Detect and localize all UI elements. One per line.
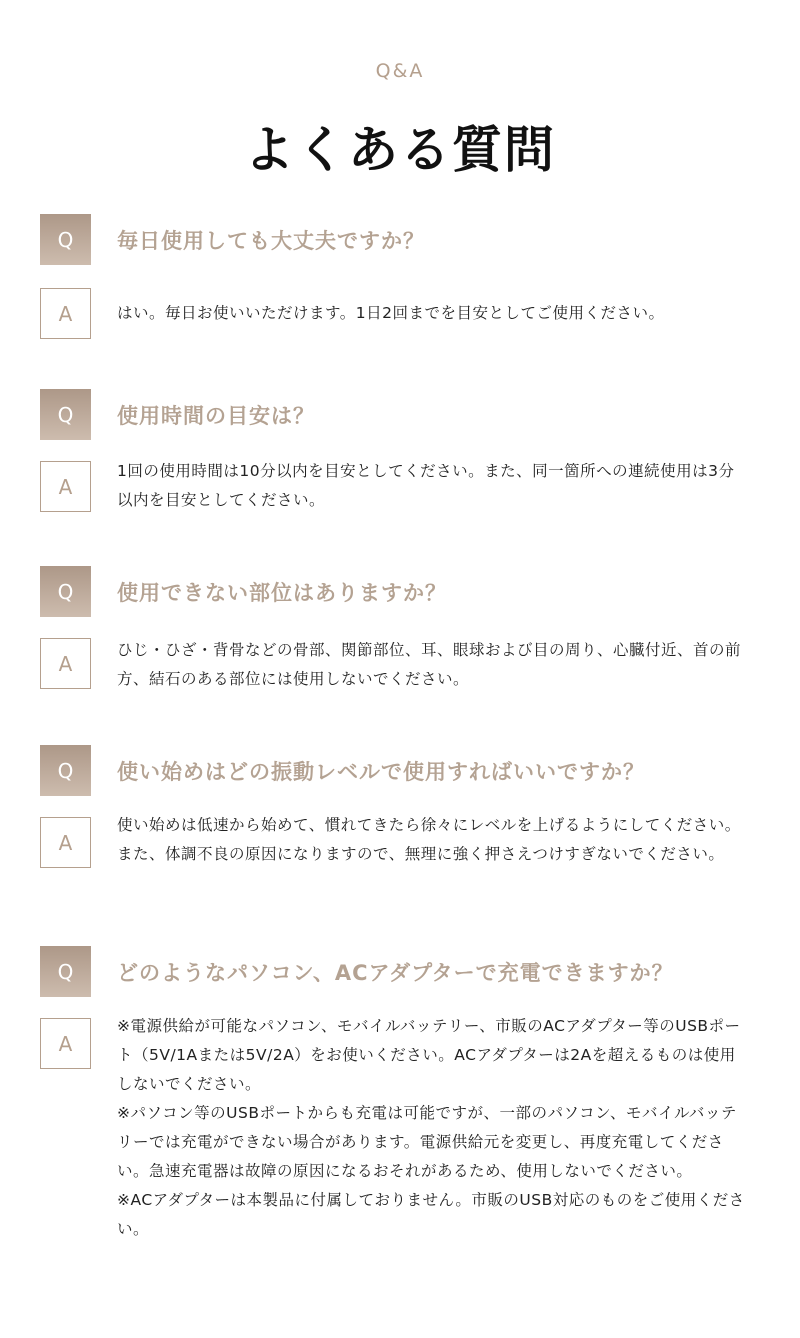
answer-badge: A bbox=[40, 817, 91, 868]
question-badge: Q bbox=[40, 745, 91, 796]
answer-badge: A bbox=[40, 638, 91, 689]
answer-paragraph: ひじ・ひざ・背骨などの骨部、関節部位、耳、眼球および目の周り、心臓付近、首の前方… bbox=[117, 636, 747, 694]
answer-paragraph: ※パソコン等のUSBポートからも充電は可能ですが、一部のパソコン、モバイルバッテ… bbox=[117, 1099, 747, 1186]
page-title: よくある質問 bbox=[0, 110, 800, 182]
answer-badge: A bbox=[40, 1018, 91, 1069]
question-badge: Q bbox=[40, 389, 91, 440]
answer-text: はい。毎日お使いいただけます。1日2回までを目安としてご使用ください。 bbox=[117, 299, 747, 328]
answer-text: ※電源供給が可能なパソコン、モバイルバッテリー、市販のACアダプター等のUSBポ… bbox=[117, 1012, 747, 1244]
question-text: 使い始めはどの振動レベルで使用すればいいですか？ bbox=[117, 745, 645, 796]
answer-paragraph: ※電源供給が可能なパソコン、モバイルバッテリー、市販のACアダプター等のUSBポ… bbox=[117, 1012, 747, 1099]
answer-badge: A bbox=[40, 461, 91, 512]
question-text: 毎日使用しても大丈夫ですか？ bbox=[117, 214, 425, 265]
question-text: 使用できない部位はありますか？ bbox=[117, 566, 447, 617]
question-text: 使用時間の目安は？ bbox=[117, 389, 315, 440]
answer-text: 1回の使用時間は10分以内を目安としてください。また、同一箇所への連続使用は3分… bbox=[117, 457, 747, 515]
question-badge: Q bbox=[40, 566, 91, 617]
answer-paragraph: 使い始めは低速から始めて、慣れてきたら徐々にレベルを上げるようにしてください。ま… bbox=[117, 811, 747, 869]
question-badge: Q bbox=[40, 214, 91, 265]
section-eyebrow: Q&A bbox=[0, 60, 800, 82]
answer-badge: A bbox=[40, 288, 91, 339]
answer-paragraph: はい。毎日お使いいただけます。1日2回までを目安としてご使用ください。 bbox=[117, 299, 747, 328]
answer-paragraph: 1回の使用時間は10分以内を目安としてください。また、同一箇所への連続使用は3分… bbox=[117, 457, 747, 515]
question-text: どのようなパソコン、ACアダプターで充電できますか？ bbox=[117, 946, 674, 997]
answer-paragraph: ※ACアダプターは本製品に付属しておりません。市販のUSB対応のものをご使用くだ… bbox=[117, 1186, 747, 1244]
answer-text: 使い始めは低速から始めて、慣れてきたら徐々にレベルを上げるようにしてください。ま… bbox=[117, 811, 747, 869]
question-badge: Q bbox=[40, 946, 91, 997]
answer-text: ひじ・ひざ・背骨などの骨部、関節部位、耳、眼球および目の周り、心臓付近、首の前方… bbox=[117, 636, 747, 694]
